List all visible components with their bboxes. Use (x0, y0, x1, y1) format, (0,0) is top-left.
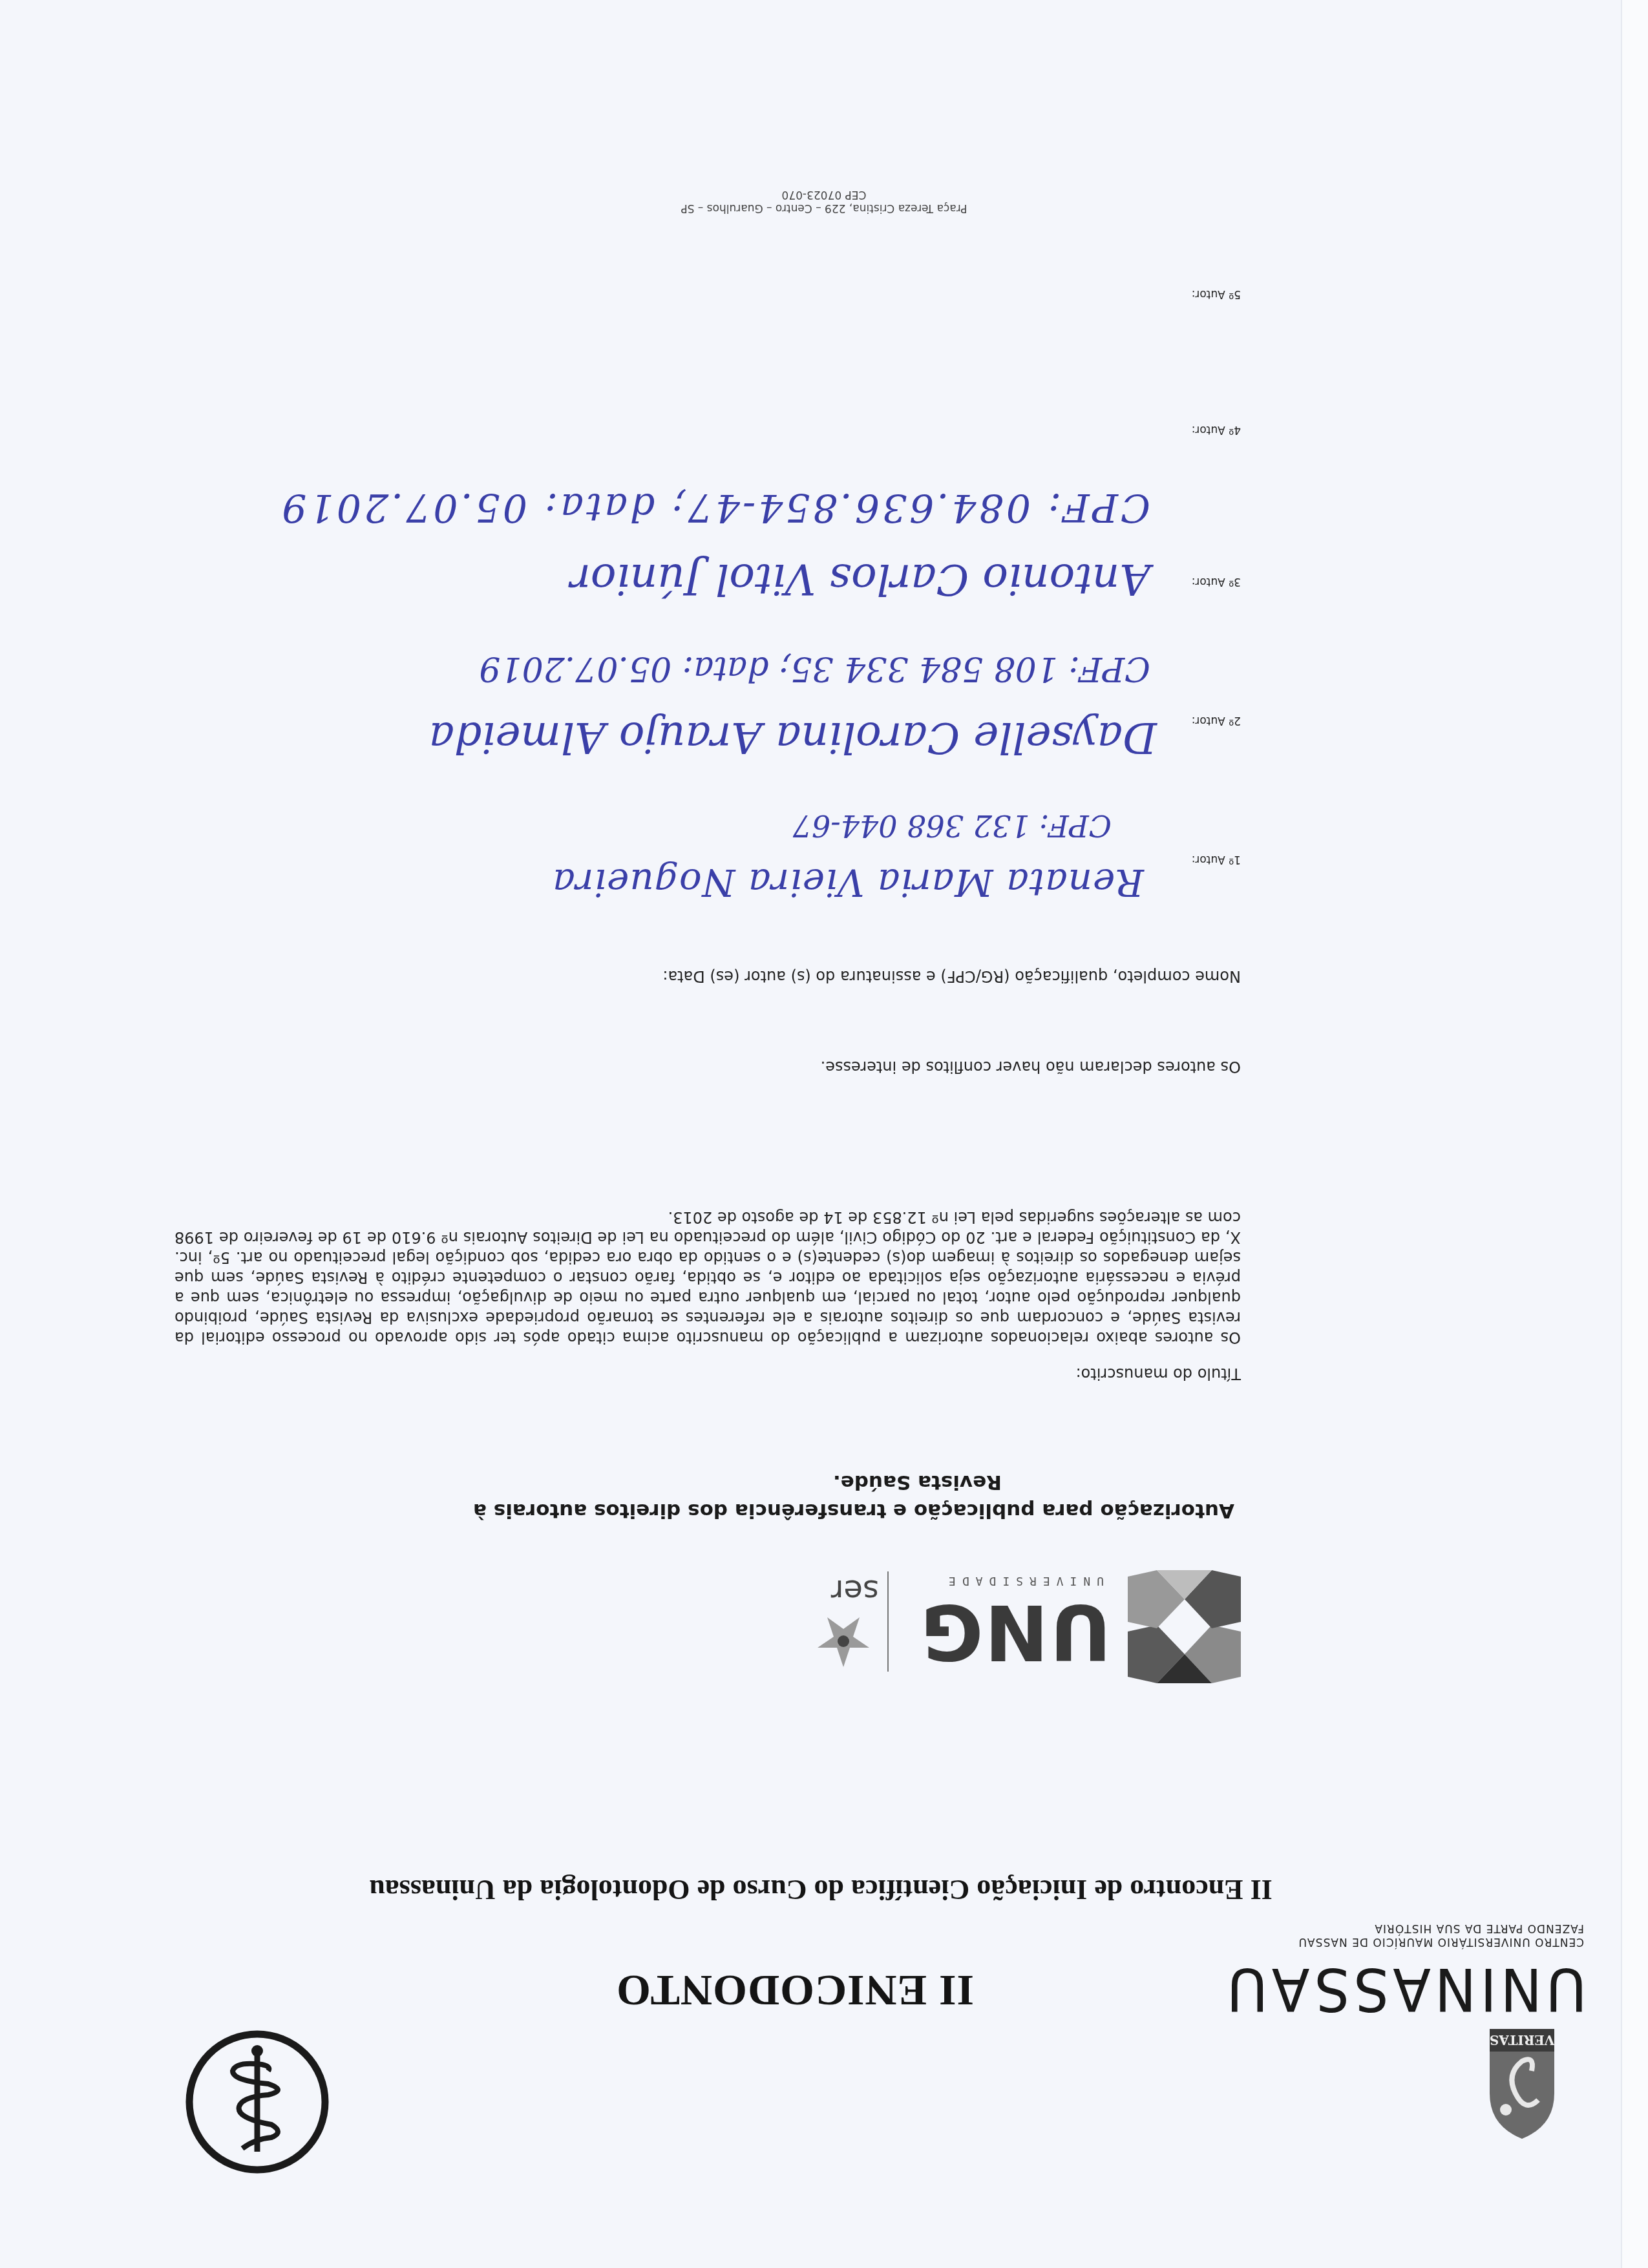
conflict-statement: Os autores declaram não haver conflitos … (821, 1058, 1241, 1076)
ser-logo: ser (801, 1567, 879, 1670)
author-2-label: 2º Autor: (1192, 714, 1241, 727)
footer-address: Praça Tereza Cristina, 229 – Centro – Gu… (0, 187, 1648, 215)
scanned-document-page: VERITAS UNINASSAU CENTRO UNIVERSITÁRIO M… (0, 0, 1648, 2268)
caduceus-icon (181, 2026, 333, 2178)
author-1-signature: Renata Maria Vieira Nogueira (552, 861, 1144, 905)
veritas-shield-icon: VERITAS (1483, 2029, 1561, 2139)
event-title: II ENICODONTO (536, 1965, 1053, 2016)
author-3-signature: Antonio Carlos Vitol Júnior (570, 554, 1150, 604)
author-5-label: 5º Autor: (1192, 288, 1241, 300)
uninassau-logo: VERITAS UNINASSAU CENTRO UNIVERSITÁRIO M… (1225, 1945, 1587, 2139)
author-4-label: 4º Autor: (1192, 423, 1241, 436)
ung-x-mark-icon (1128, 1570, 1241, 1683)
manuscript-title-label: Título do manuscrito: (1076, 1365, 1241, 1383)
star-icon (814, 1612, 872, 1670)
form-title: Autorização para publicação e transferên… (394, 1468, 1234, 1525)
authorization-paragraph: Os autores abaixo relacionados autorizam… (174, 1207, 1241, 1347)
ser-wordmark: ser (831, 1573, 879, 1609)
author-1-label: 1º Autor: (1192, 853, 1241, 866)
ung-wordmark: UNG (920, 1594, 1112, 1670)
author-3-label: 3º Autor: (1192, 575, 1241, 588)
author-3-cpf: CPF: 084.636.854-47; data: 05.07.2019 (279, 485, 1150, 530)
logo-divider (887, 1571, 889, 1672)
author-2-cpf: CPF: 108 584 334 35; data: 05.07.2019 (479, 649, 1150, 688)
ung-subtitle: UNIVERSIDADE (942, 1574, 1104, 1588)
names-label: Nome completo, qualificação (RG/CPF) e a… (662, 967, 1241, 985)
svg-text:VERITAS: VERITAS (1490, 2032, 1556, 2048)
author-1-cpf: CPF: 132 368 044-67 (793, 808, 1112, 843)
author-2-signature: Dayselle Carolina Araujo Almeida (429, 713, 1157, 762)
uninassau-wordmark: UNINASSAU (1223, 1959, 1587, 2017)
ung-logo: UNG UNIVERSIDADE ser (788, 1560, 1241, 1683)
event-subtitle: II Encontro de Iniciação Científica do C… (239, 1873, 1402, 1906)
uninassau-subtitle: CENTRO UNIVERSITÁRIO MAURÍCIO DE NASSAU … (1298, 1921, 1584, 1948)
